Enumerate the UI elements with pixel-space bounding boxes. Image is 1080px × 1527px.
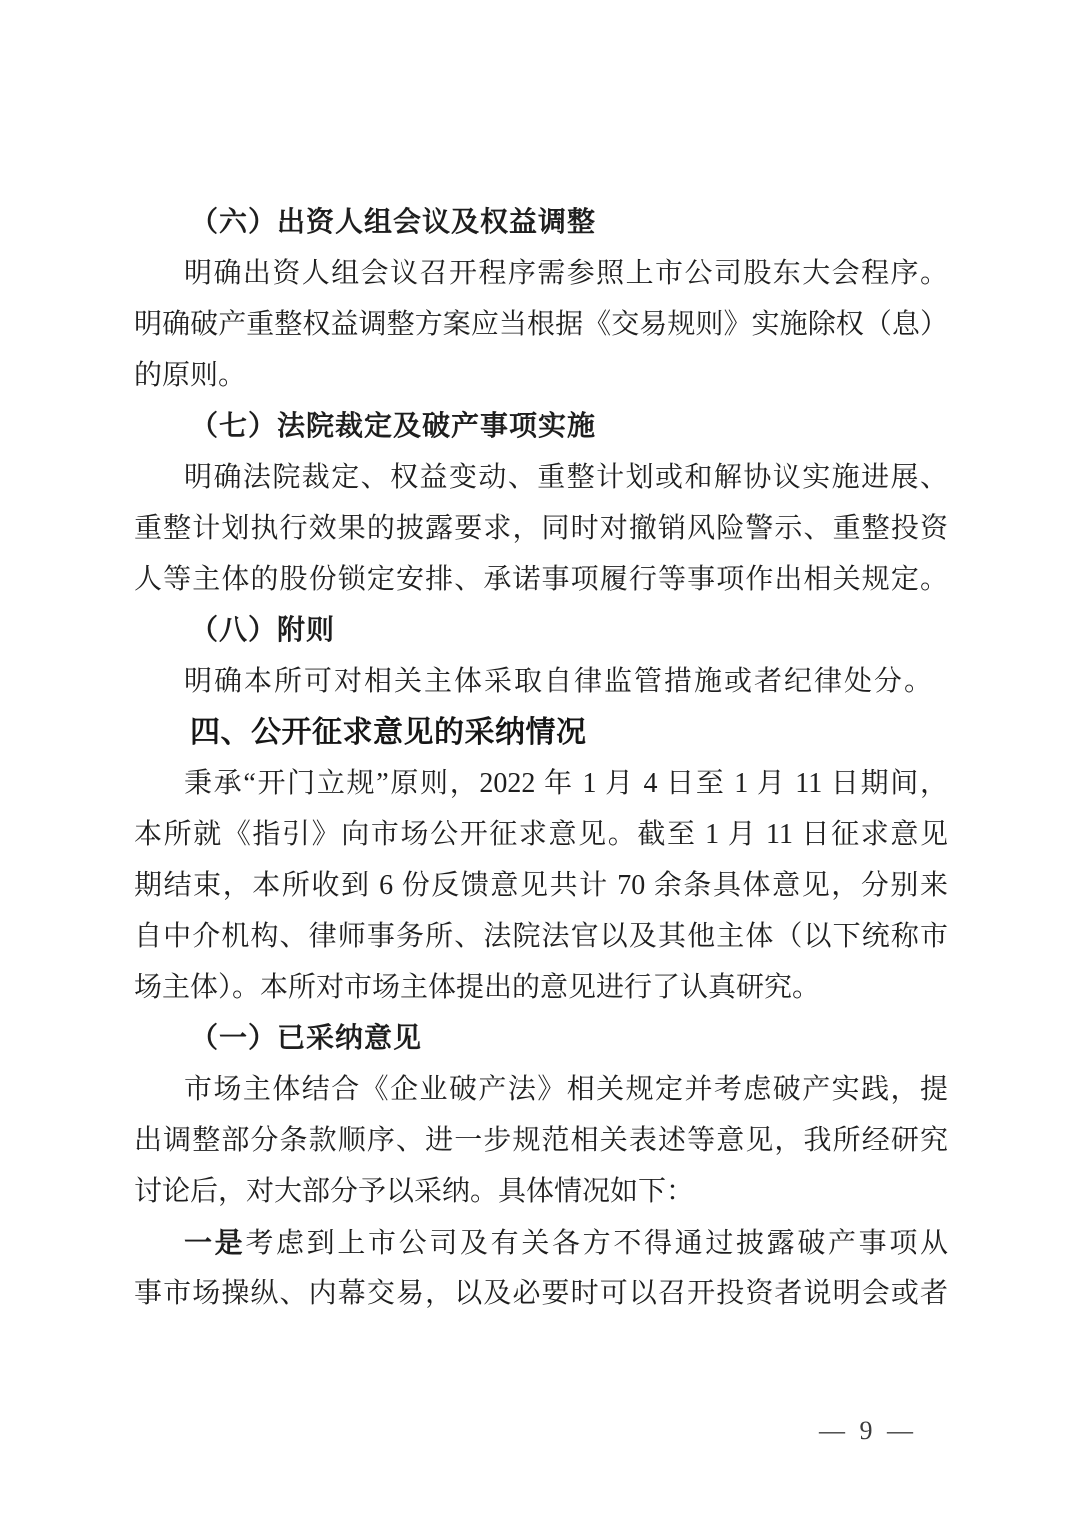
body-line: 重整计划执行效果的披露要求，同时对撤销风险警示、重整投资 <box>134 503 948 554</box>
section-heading-6: （六）出资人组会议及权益调整 <box>134 197 948 248</box>
body-line: 期结束，本所收到 6 份反馈意见共计 70 余条具体意见，分别来 <box>134 860 948 911</box>
body-line: 场主体）。本所对市场主体提出的意见进行了认真研究。 <box>134 962 948 1013</box>
body-line: 市场主体结合《企业破产法》相关规定并考虑破产实践，提 <box>134 1064 948 1115</box>
body-line: 明确破产重整权益调整方案应当根据《交易规则》实施除权（息） <box>134 299 948 350</box>
body-line: 明确本所可对相关主体采取自律监管措施或者纪律处分。 <box>134 656 948 707</box>
body-line: 讨论后，对大部分予以采纳。具体情况如下： <box>134 1166 948 1217</box>
document-body: （六）出资人组会议及权益调整 明确出资人组会议召开程序需参照上市公司股东大会程序… <box>134 197 948 1319</box>
body-line: 出调整部分条款顺序、进一步规范相关表述等意见，我所经研究 <box>134 1115 948 1166</box>
body-line: 自中介机构、律师事务所、法院法官以及其他主体（以下统称市 <box>134 911 948 962</box>
section-heading-7: （七）法院裁定及破产事项实施 <box>134 401 948 452</box>
section-heading-1: （一）已采纳意见 <box>134 1013 948 1064</box>
body-line-with-lead: 一是考虑到上市公司及有关各方不得通过披露破产事项从 <box>134 1217 948 1268</box>
body-line: 本所就《指引》向市场公开征求意见。截至 1 月 11 日征求意见 <box>134 809 948 860</box>
body-line: 人等主体的股份锁定安排、承诺事项履行等事项作出相关规定。 <box>134 554 948 605</box>
body-line: 事市场操纵、内幕交易，以及必要时可以召开投资者说明会或者 <box>134 1268 948 1319</box>
lead-in-bold: 一是 <box>184 1227 245 1258</box>
chapter-heading-4: 四、公开征求意见的采纳情况 <box>134 707 948 758</box>
body-line: 秉承“开门立规”原则，2022 年 1 月 4 日至 1 月 11 日期间， <box>134 758 948 809</box>
page-number: — 9 — <box>819 1416 917 1446</box>
body-line: 明确法院裁定、权益变动、重整计划或和解协议实施进展、 <box>134 452 948 503</box>
document-page: （六）出资人组会议及权益调整 明确出资人组会议召开程序需参照上市公司股东大会程序… <box>0 0 1080 1527</box>
section-heading-8: （八）附则 <box>134 605 948 656</box>
body-line: 的原则。 <box>134 350 948 401</box>
body-line: 明确出资人组会议召开程序需参照上市公司股东大会程序。 <box>134 248 948 299</box>
body-line: 考虑到上市公司及有关各方不得通过披露破产事项从 <box>245 1228 948 1259</box>
